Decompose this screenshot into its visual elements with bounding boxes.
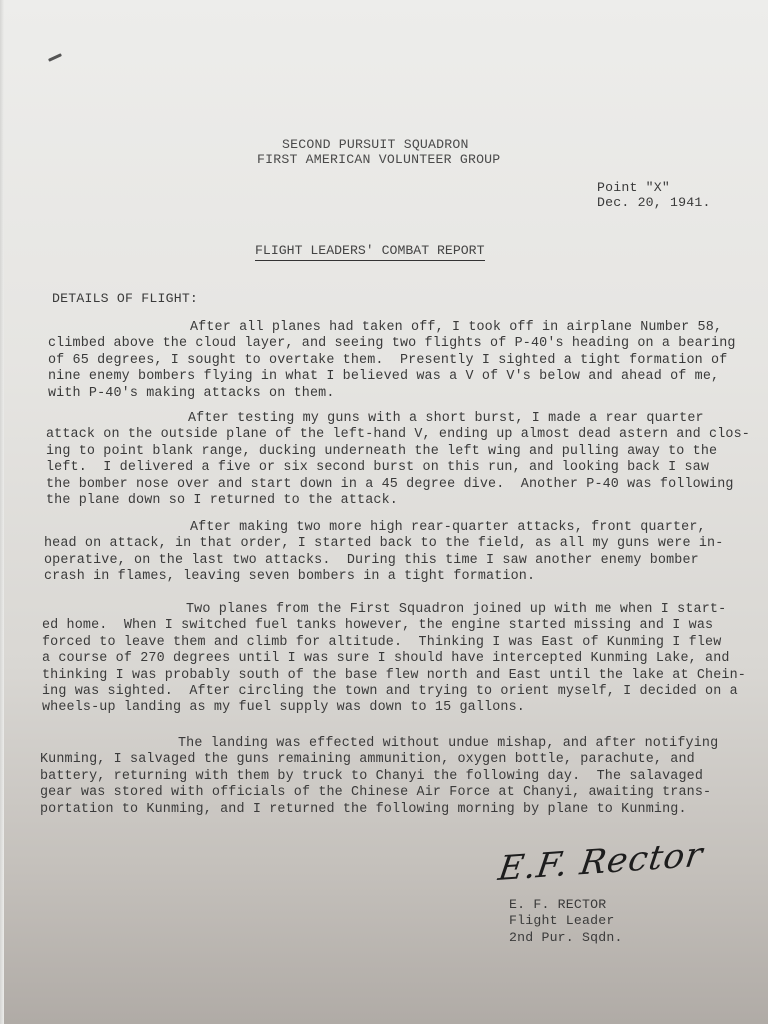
report-text-line: crash in flames, leaving seven bombers i… (44, 569, 535, 584)
report-text-line: ed home. When I switched fuel tanks howe… (42, 618, 713, 633)
report-date: Dec. 20, 1941. (597, 196, 711, 209)
report-text-line: left. I delivered a five or six second b… (46, 460, 709, 475)
report-text-line: After all planes had taken off, I took o… (190, 320, 722, 335)
handwritten-signature: E.F. Rector (496, 835, 706, 889)
report-text-line: the bomber nose over and start down in a… (46, 477, 734, 492)
report-text-line: After making two more high rear-quarter … (190, 520, 706, 535)
report-text-line: climbed above the cloud layer, and seein… (48, 336, 736, 351)
section-heading: DETAILS OF FLIGHT: (52, 292, 198, 305)
report-text-line: a course of 270 degrees until I was sure… (42, 651, 730, 666)
report-text-line: thinking I was probably south of the bas… (42, 668, 746, 683)
report-text-line: Two planes from the First Squadron joine… (186, 602, 726, 617)
report-text-line: operative, on the last two attacks. Duri… (44, 553, 699, 568)
report-text-line: attack on the outside plane of the left-… (46, 427, 750, 442)
report-text-line: head on attack, in that order, I started… (44, 536, 723, 551)
report-text-line: with P-40's making attacks on them. (48, 386, 335, 401)
report-text-line: Kunming, I salvaged the guns remaining a… (40, 752, 695, 767)
report-text-line: forced to leave them and climb for altit… (42, 635, 721, 650)
signer-name: E. F. RECTOR (509, 898, 606, 911)
signer-role: Flight Leader (509, 914, 614, 927)
report-text-line: gear was stored with officials of the Ch… (40, 785, 711, 800)
report-text-line: of 65 degrees, I sought to overtake them… (48, 353, 727, 368)
report-text-line: ing was sighted. After circling the town… (42, 684, 738, 699)
report-text-line: nine enemy bombers flying in what I beli… (48, 369, 719, 384)
report-text-line: the plane down so I returned to the atta… (46, 493, 398, 508)
header-squadron: SECOND PURSUIT SQUADRON (282, 138, 469, 151)
report-text-line: ing to point blank range, ducking undern… (46, 444, 717, 459)
report-text-line: portation to Kunming, and I returned the… (40, 802, 687, 817)
paper-edge (0, 0, 4, 1024)
pen-mark (48, 53, 62, 62)
report-text-line: After testing my guns with a short burst… (188, 411, 704, 426)
signer-unit: 2nd Pur. Sqdn. (509, 931, 623, 944)
report-text-line: battery, returning with them by truck to… (40, 769, 703, 784)
report-text-line: wheels-up landing as my fuel supply was … (42, 700, 525, 715)
report-title: FLIGHT LEADERS' COMBAT REPORT (255, 243, 485, 261)
report-text-line: The landing was effected without undue m… (178, 736, 718, 751)
header-group: FIRST AMERICAN VOLUNTEER GROUP (257, 153, 500, 166)
location-place: Point "X" (597, 181, 670, 194)
